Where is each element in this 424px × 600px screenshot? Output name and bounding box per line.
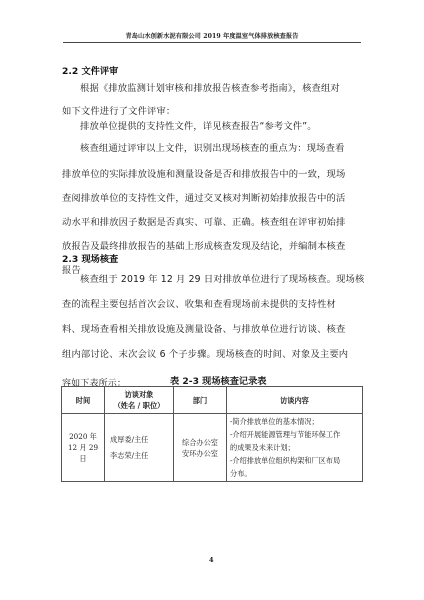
table-header-row: 时间 访谈对象 （姓名 / 职位） 部门 访谈内容 (62, 387, 363, 414)
content-line: -简介排放单位的基本情况； (230, 415, 360, 428)
paragraph-line: 核查组于 2019 年 12 月 29 日对排放单位进行了现场核查。现场核 (80, 271, 380, 285)
paragraph-line: 查阅排放单位的支持性文件，通过交叉核对判断初始排放报告中的活 (62, 190, 362, 204)
paragraph-line: 根据《排放监测计划审核和排放报告核查参考指南》，核查组对 (80, 80, 380, 94)
site-inspection-table: 时间 访谈对象 （姓名 / 职位） 部门 访谈内容 2020 年 12 月 29… (61, 386, 363, 482)
paragraph-line: 排放单位的实际排放设施和测量设备是否和排放报告中的一致，现场 (62, 166, 362, 180)
table-row: 2020 年 12 月 29 日 成厚委/主任 李志荣/主任 综合办公室 安环办… (62, 414, 363, 482)
interviewee-name: 成厚委/主任 (110, 432, 171, 448)
header-department: 部门 (174, 387, 227, 414)
cell-time: 2020 年 12 月 29 日 (62, 414, 105, 482)
paragraph-line: 组内部讨论、末次会议 6 个子步骤。现场核查的时间、对象及主要内 (62, 346, 362, 360)
paragraph-line: 如下文件进行了文件评审： (62, 103, 362, 117)
cell-department: 综合办公室 安环办公室 (174, 414, 227, 482)
time-line: 2020 年 (64, 431, 102, 442)
cell-content: -简介排放单位的基本情况； -介绍开展能源管理与节能环保工作 的成果及未来计划；… (227, 414, 363, 482)
paragraph-line: 核查组通过评审以上文件，识别出现场核查的重点为：现场查看 (80, 140, 380, 154)
section-2-2-heading: 2.2 文件评审 (62, 63, 118, 77)
page-number: 4 (209, 556, 214, 564)
header-interviewee-line2: （姓名 / 职位） (107, 400, 171, 411)
time-line: 12 月 29 (64, 442, 102, 453)
header-time: 时间 (62, 387, 105, 414)
paragraph-line: 动水平和排放因子数据是否真实、可靠、正确。核查组在评审初始排 (62, 214, 362, 228)
header-content: 访谈内容 (227, 387, 363, 414)
header-interviewee-line1: 访谈对象 (107, 389, 171, 400)
paragraph-line: 查的流程主要包括首次会议、收集和查看现场前未提供的支持性材 (62, 296, 362, 310)
header-divider (63, 42, 361, 43)
content-line: -介绍开展能源管理与节能环保工作 (230, 428, 360, 441)
time-line: 日 (64, 453, 102, 464)
cell-interviewee: 成厚委/主任 李志荣/主任 (105, 414, 174, 482)
department-name: 综合办公室 (176, 437, 224, 448)
header-interviewee: 访谈对象 （姓名 / 职位） (105, 387, 174, 414)
content-line: -介绍排放单位组织构架和厂区布局 (230, 454, 360, 467)
document-header-title: 青岛山水创新水泥有限公司 2019 年度温室气体排放核查报告 (63, 31, 361, 40)
paragraph-line: 放报告及最终排放报告的基础上形成核查发现及结论，并编制本核查 (62, 238, 362, 252)
paragraph-line: 排放单位提供的支持性文件，详见核查报告“参考文件”。 (80, 118, 380, 132)
paragraph-line: 料、现场查看相关排放设施及测量设备、与排放单位进行访谈、核查 (62, 321, 362, 335)
department-name: 安环办公室 (176, 448, 224, 459)
table-caption: 表 2-3 现场核查记录表 (170, 373, 267, 387)
content-line: 分布。 (230, 467, 360, 480)
content-line: 的成果及未来计划； (230, 441, 360, 454)
interviewee-name: 李志荣/主任 (110, 448, 171, 464)
